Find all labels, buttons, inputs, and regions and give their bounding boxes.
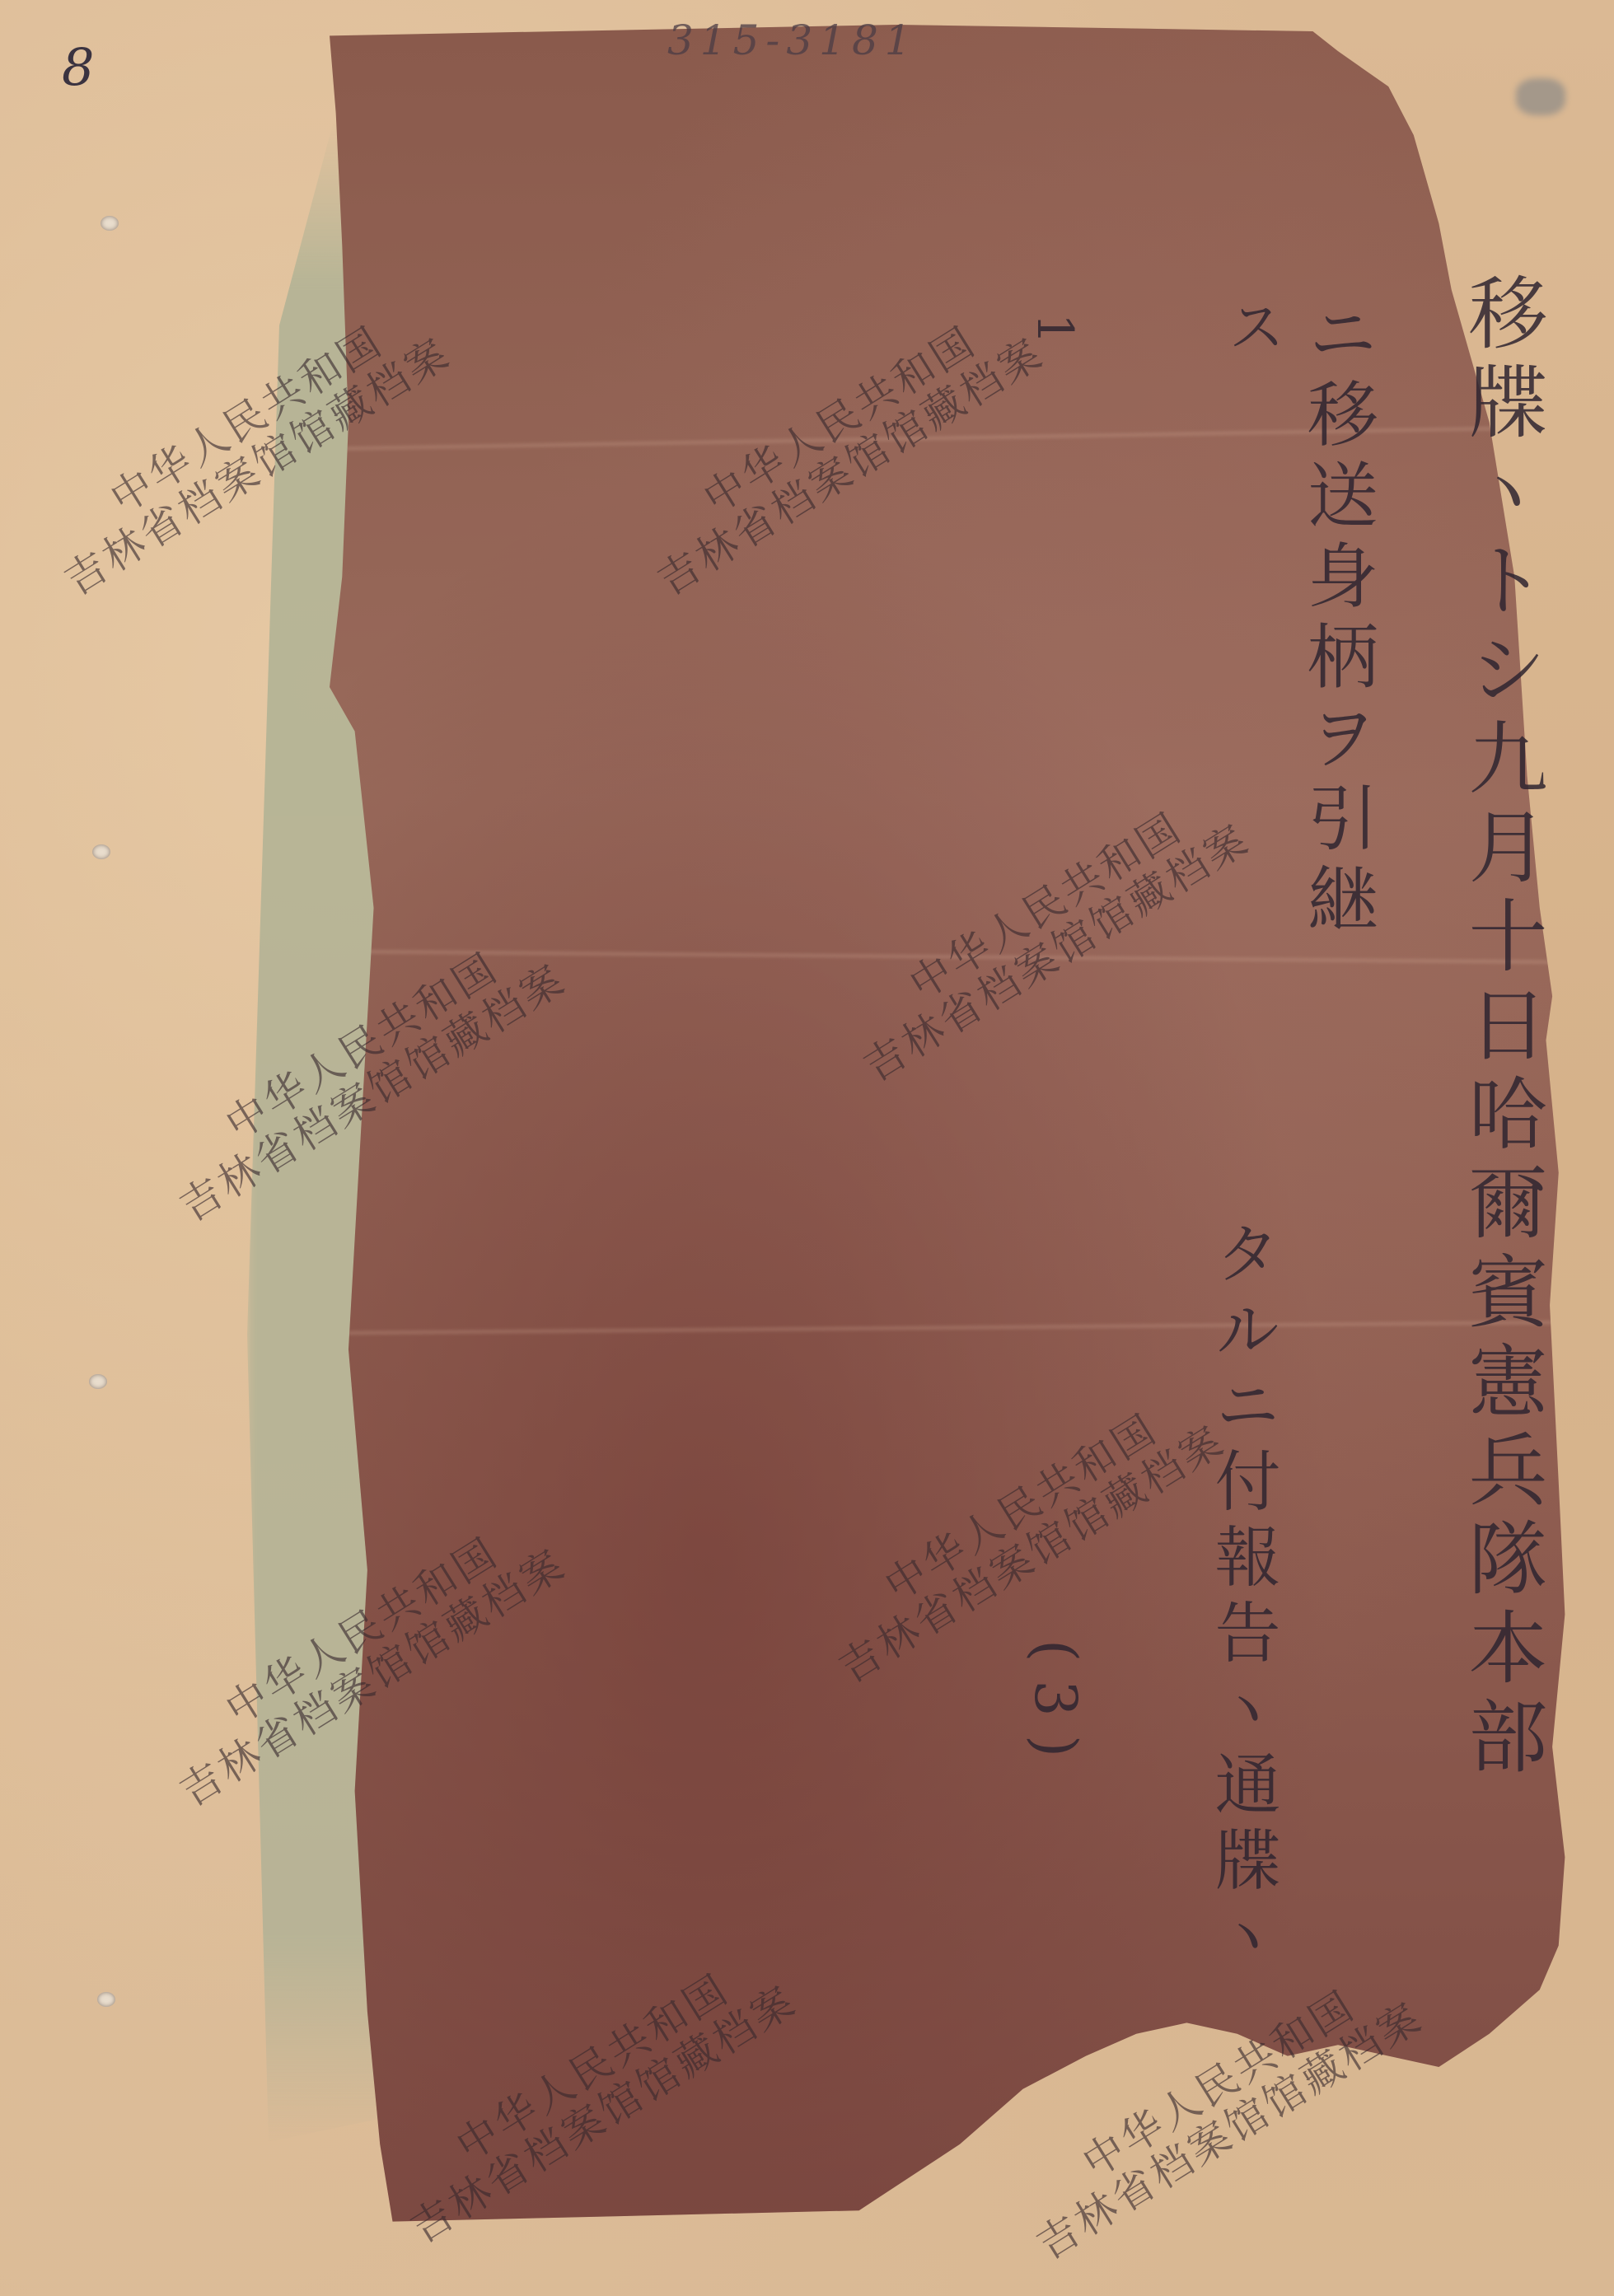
paper-crease: [330, 426, 1590, 451]
paper-crease: [330, 1321, 1590, 1334]
handwritten-column-3: タルニ付報告ヽ通牒ヽ: [1195, 1219, 1289, 1977]
page-number: 8: [62, 37, 94, 97]
handwritten-column-2: ニ移送身柄ヲ引継: [1285, 297, 1387, 942]
binding-hole: [92, 844, 110, 859]
binding-hole: [89, 1374, 107, 1389]
archive-number: 315-3181: [667, 16, 918, 64]
handwritten-column-1: 移牒ヽトシ九月十日哈爾賓憲兵隊本部: [1462, 272, 1541, 1784]
ink-blot: [1516, 78, 1565, 115]
binding-hole: [101, 216, 119, 231]
handwritten-mark: ス: [1211, 297, 1294, 364]
binding-hole: [97, 1992, 115, 2007]
handwritten-parenthetical: (3): [1022, 1639, 1089, 1775]
